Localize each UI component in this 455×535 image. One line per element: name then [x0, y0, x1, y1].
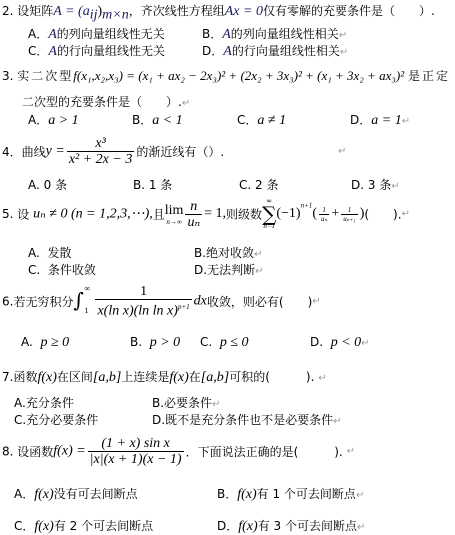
option-label: B． [217, 487, 237, 501]
fraction: 1uₙ [319, 206, 329, 223]
math-sup: n+1 [301, 202, 313, 210]
math-expr: p ≥ 0 [40, 335, 69, 350]
stem-text: 设函数 [17, 445, 53, 459]
return-mark-icon: ↵ [182, 98, 190, 109]
option-label: C． [237, 113, 257, 127]
lim-text: lim [165, 203, 184, 219]
option-label: D. [310, 335, 323, 349]
option-label: A. [21, 335, 33, 349]
math-var: A [223, 44, 232, 59]
option-b: B．f(x)有 1 个可去间断点↵ [217, 487, 364, 503]
lim-sub: n→∞ [166, 219, 182, 226]
option-label: B. [194, 246, 206, 260]
stem-text: 若无穷积分 [13, 295, 73, 309]
question-6-stem: 6.若无穷积分∫∞11x(ln x)(ln ln x)p+1dx收敛，则必有( … [2, 284, 321, 319]
stem-text: 且 [153, 208, 165, 222]
return-mark-icon: ↵ [212, 399, 220, 410]
math-var: A [48, 44, 57, 59]
option-c: C.充分必要条件 [14, 413, 98, 427]
stem-text: ( ). [364, 208, 401, 222]
integral-upper: ∞ [84, 284, 90, 293]
numerator: 1 [346, 206, 354, 214]
return-mark-icon: ↵ [318, 373, 326, 384]
numerator: x³ [93, 136, 107, 151]
integral: ∫∞1 [73, 286, 93, 316]
option-text: 的列向量组线性相关 [231, 27, 339, 41]
math-expr: f(x₁,x₂,x₃) = (x₁ + ax₂ − 2x₃)² + (2x₂ +… [73, 68, 404, 83]
option-c: C. p ≤ 0 [200, 335, 249, 350]
stem-text: 设矩阵 [17, 4, 53, 18]
math-expr: f(x) [34, 519, 53, 534]
option-label: C. [14, 413, 26, 427]
fraction: 1x(ln x)(ln ln x)p+1 [95, 284, 191, 319]
option-label: A． [28, 113, 48, 127]
math-expr: a ≠ 1 [257, 113, 286, 128]
option-label: D. [194, 263, 207, 277]
numerator: n [188, 199, 199, 214]
option-c: C. 条件收敛 [28, 263, 96, 277]
numerator: 1 [320, 206, 328, 214]
math-expr: p > 0 [150, 335, 180, 350]
denominator: uₙ₊₁ [341, 214, 357, 223]
stem-text: 可积的( ). [229, 370, 314, 384]
stem-text: 二次型的充要条件是（ ）. [22, 95, 182, 109]
option-label: D． [350, 113, 371, 127]
math-sub: ij [90, 7, 98, 22]
summation: ∞∑n=1 [262, 198, 276, 230]
question-8-stem: 8. 设函数f(x) =(1 + x) sin x|x|(x + 1)(x − … [2, 436, 355, 467]
denominator: x² + 2x − 3 [67, 151, 135, 167]
math-expr: p < 0 [331, 335, 361, 350]
option-text: 必要条件 [164, 396, 212, 410]
question-number: 8. [2, 445, 13, 459]
stem-text: 设 [17, 208, 29, 222]
option-text: 的行向量组线性无关 [57, 44, 165, 58]
stem-text: 收敛，则必有( ) [207, 295, 312, 309]
option-a: A. p ≥ 0 [21, 335, 69, 350]
math-expr: a = 1 [371, 113, 401, 128]
stem-text: 是正定 [408, 69, 450, 83]
option-label: C． [28, 44, 48, 58]
math-expr: f(x) [169, 370, 188, 385]
option-b: B．a < 1 [132, 113, 183, 128]
option-label: A． [28, 27, 48, 41]
fraction: nuₙ [185, 199, 202, 230]
sum-lower: n=1 [263, 223, 275, 230]
question-number: 5. [2, 207, 13, 221]
return-mark-icon: ↵ [357, 522, 365, 533]
return-mark-icon: ↵ [339, 30, 347, 41]
return-mark-icon: ↵ [391, 181, 399, 192]
question-7-stem: 7.函数f(x)在区间[a,b]上连续是f(x)在[a,b]可积的( ). ↵ [2, 370, 327, 386]
option-c: C．f(x)有 2 个可去间断点 [14, 519, 153, 534]
option-a: A．a > 1 [28, 113, 79, 128]
math-expr: A = (a [53, 4, 89, 19]
return-mark-icon: ↵ [402, 209, 410, 220]
stem-text: 实二次型 [17, 69, 73, 83]
math-var: A [48, 27, 57, 42]
stem-text: 函数 [13, 370, 37, 384]
option-d: D.既不是充分条件也不是必要条件↵ [152, 413, 341, 429]
numerator: (1 + x) sin x [99, 436, 172, 451]
stem-text: 上连续是 [121, 370, 169, 384]
stem-text: ．下面说法正确的是( ). [186, 445, 343, 459]
option-a: A.充分条件 [14, 396, 74, 410]
math-expr: [a,b] [201, 370, 229, 385]
math-expr: f(x) [238, 519, 257, 534]
option-text: 的行向量组线性相关 [232, 44, 340, 58]
option-label: A. [14, 396, 26, 410]
stem-text: 的渐近线有（）. [136, 145, 224, 159]
math-expr: f(x) [34, 487, 53, 502]
option-label: A． [14, 487, 34, 501]
denominator-text: x(ln x)(ln ln x) [97, 304, 177, 319]
return-mark-icon: ↵ [340, 47, 348, 58]
math-sup: p+1 [178, 303, 190, 311]
option-d: D. 3 条↵ [351, 178, 400, 194]
option-text: 的列向量组线性无关 [57, 27, 165, 41]
math-sub: m×n [102, 7, 129, 22]
option-label: B. [130, 335, 142, 349]
option-text: 有 2 个可去间断点 [54, 519, 153, 533]
denominator: uₙ [319, 214, 329, 223]
option-a: A．f(x)没有可去间断点 [14, 487, 138, 502]
return-mark-icon: ↵ [347, 446, 355, 457]
fraction: 1uₙ₊₁ [341, 206, 357, 223]
stem-text: 则级数 [226, 208, 262, 222]
stem-text: 仅有零解的充要条件是（ ）. [263, 4, 435, 18]
return-mark-icon: ↵ [338, 146, 346, 157]
integral-icon: ∫ [73, 288, 83, 312]
math-expr: f(x) [37, 370, 56, 385]
math-expr: = 1, [204, 206, 226, 221]
option-b: B.必要条件↵ [152, 396, 220, 412]
question-5-stem: 5. 设 uₙ ≠ 0 (n = 1,2,3,⋯),且limn→∞nuₙ= 1,… [2, 198, 410, 230]
option-text: 有 1 个可去间断点 [257, 487, 356, 501]
math-expr: [a,b] [93, 370, 121, 385]
math-expr: (−1) [276, 206, 300, 221]
math-expr: f(x) = [53, 444, 85, 459]
stem-text: 在 [189, 370, 201, 384]
option-d: D. p < 0↵ [310, 335, 370, 351]
stem-text: ，齐次线性方程组 [129, 4, 225, 18]
question-3-stem-line2: 二次型的充要条件是（ ）.↵ [22, 95, 190, 111]
option-label: B. [152, 396, 164, 410]
math-var: A [222, 27, 231, 42]
option-b: B．A的列向量组线性相关↵ [202, 27, 347, 43]
option-label: C. [28, 263, 40, 277]
option-text: 绝对收敛 [206, 246, 254, 260]
return-mark-icon: ↵ [356, 490, 364, 501]
return-mark-icon: ↵ [402, 116, 410, 127]
denominator: |x|(x + 1)(x − 1) [88, 451, 184, 467]
option-d: D．a = 1↵ [350, 113, 410, 129]
sigma-icon: ∑ [262, 205, 276, 223]
question-3-stem: 3. 实二次型f(x₁,x₂,x₃) = (x₁ + ax₂ − 2x₃)² +… [2, 69, 450, 83]
numerator: 1 [138, 284, 149, 299]
option-text: 既不是充分条件也不是必要条件 [165, 413, 333, 427]
math-expr: a < 1 [152, 113, 182, 128]
option-label: C. [200, 335, 212, 349]
question-number: 7. [2, 370, 13, 384]
return-mark-icon: ↵ [254, 249, 262, 260]
return-mark-icon: ↵ [333, 416, 341, 427]
denominator: uₙ [185, 214, 202, 230]
option-text: 充分必要条件 [26, 413, 98, 427]
math-expr: f(x) [237, 487, 256, 502]
option-d: D.无法判断↵ [194, 263, 263, 279]
math-expr: dx [194, 293, 207, 308]
fraction: (1 + x) sin x|x|(x + 1)(x − 1) [88, 436, 184, 467]
math-expr: uₙ ≠ 0 (n = 1,2,3,⋯), [33, 207, 153, 222]
option-label: B． [202, 27, 222, 41]
option-d: D．f(x)有 3 个可去间断点↵ [217, 519, 365, 535]
stem-text: 曲线 [22, 145, 46, 159]
question-number: 3. [2, 69, 13, 83]
return-mark-icon: ↵ [361, 338, 369, 349]
option-c: C．A的行向量组线性无关 [28, 44, 165, 59]
option-b: B. p > 0 [130, 335, 180, 350]
option-label: D． [202, 44, 223, 58]
question-2-stem: 2. 设矩阵A = (aij)m×n，齐次线性方程组Ax = 0仅有零解的充要条… [2, 4, 435, 22]
option-text: 充分条件 [26, 396, 74, 410]
option-text: 没有可去间断点 [54, 487, 138, 501]
option-b: B. 1 条 [133, 178, 172, 192]
option-label: D. 3 条 [351, 178, 391, 192]
return-mark-icon: ↵ [312, 296, 320, 307]
limit: limn→∞ [165, 203, 184, 226]
option-a: A. 发散 [28, 246, 71, 260]
question-number: 4． [2, 145, 22, 159]
option-d: D．A的行向量组线性相关↵ [202, 44, 348, 60]
option-label: A. [28, 246, 40, 260]
question-number: 6. [2, 294, 13, 308]
math-expr: p ≤ 0 [220, 335, 249, 350]
return-mark-icon: ↵ [255, 266, 263, 277]
option-text: 无法判断 [207, 263, 255, 277]
option-label: D． [217, 519, 238, 533]
option-c: C．a ≠ 1 [237, 113, 286, 128]
denominator: x(ln x)(ln ln x)p+1 [95, 299, 191, 319]
integral-lower: 1 [84, 306, 88, 315]
fraction: x³x² + 2x − 3 [67, 136, 135, 167]
option-c: C. 2 条 [239, 178, 278, 192]
option-label: D. [152, 413, 165, 427]
option-label: B． [132, 113, 152, 127]
math-expr: y = [46, 144, 65, 159]
option-text: 发散 [47, 246, 71, 260]
option-b: B.绝对收敛↵ [194, 246, 262, 262]
question-4-stem: 4．曲线y =x³x² + 2x − 3的渐近线有（）. ↵ [2, 136, 346, 167]
math-expr: Ax = 0 [225, 4, 263, 19]
question-number: 2. [2, 4, 13, 18]
option-a: A. 0 条 [28, 178, 67, 192]
option-a: A．A的列向量组线性无关 [28, 27, 165, 42]
stem-text: 在区间 [57, 370, 93, 384]
math-expr: a > 1 [48, 113, 78, 128]
option-text: 有 3 个可去间断点 [258, 519, 357, 533]
option-text: 条件收敛 [48, 263, 96, 277]
option-label: C． [14, 519, 34, 533]
